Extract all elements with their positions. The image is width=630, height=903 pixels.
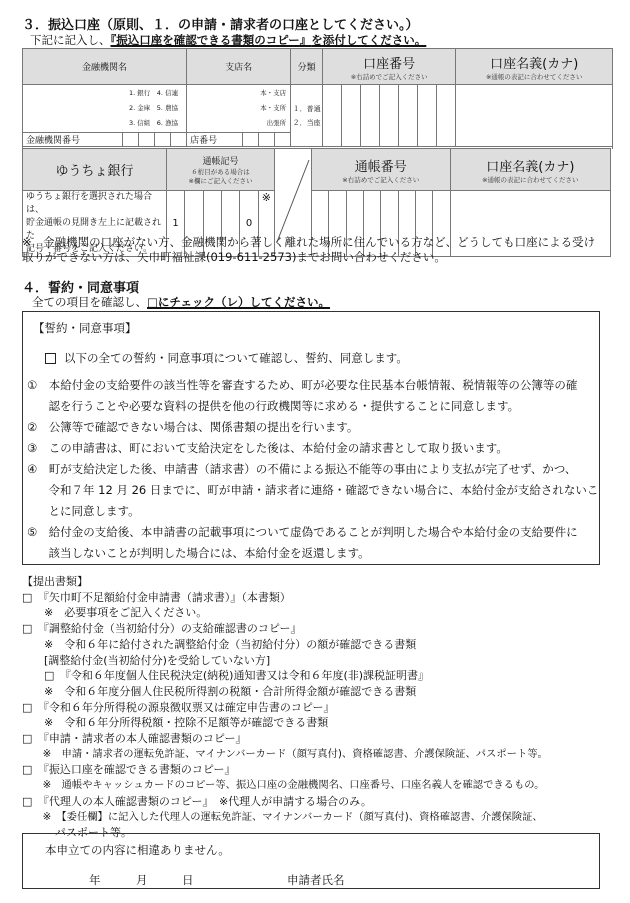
instruction-suffix: を添付してください。 [311,33,426,47]
header-institution: 金融機関名 [23,49,187,85]
declaration-box: 本申立ての内容に相違ありません。 年 月 日 申請者氏名 [22,833,600,889]
pledge-item-1a: ① 本給付金の支給要件の該当性等を審査するため、町が必要な住民基本台帳情報、税情… [27,375,598,396]
header-type: 分類 [291,49,323,85]
documents-title: 【提出書類】 [22,574,548,590]
month-label: 月 [136,872,148,888]
pledge-item-4b: 令和７年 12 月 26 日までに、町が申請・請求者に連絡・確認できない場合に、… [27,480,598,501]
agree-row: 以下の全ての誓約・同意事項について確認し、誓約、同意します。 [45,348,408,369]
account-name-label: 口座名義(カナ) [456,53,612,72]
number-header-label: 通帳番号 [312,156,450,175]
header-account-name: 口座名義(カナ) ※通帳の表記に合わせてください [456,49,613,85]
institution-code-digit-3[interactable] [155,133,171,147]
branch-type-1: 本・支店 [187,86,286,101]
institution-code-label: 金融機関番号 [23,133,123,147]
header-account-number: 口座番号 ※右詰めでご記入ください [323,49,456,85]
doc-line-2: ※ 必要事項をご記入ください。 [22,605,548,621]
pledge-item-4a: ④ 町が支給決定した後、申請書（請求書）の不備による振込不能等の事由により支払が… [27,459,598,480]
doc-line-7: ※ 令和６年度分個人住民税所得割の税額・合計所得金額が確認できる書類 [22,684,548,700]
branch-code-label: 店番号 [187,133,243,147]
header-branch: 支店名 [187,49,291,85]
bank-account-table: 金融機関名 支店名 分類 口座番号 ※右詰めでご記入ください 口座名義(カナ) … [22,48,613,147]
doc-line-6[interactable]: □ 『令和６年度個人住民税決定(納税)通知書又は令和６年度(非)課税証明書』 [22,668,548,684]
account-digit-6[interactable] [418,85,437,147]
instruction-underlined: 『振込口座を確認できる書類のコピー』 [111,33,312,47]
instruction-prefix: 下記に記入し、 [30,33,111,47]
account-type-field[interactable]: １．普通 ２．当座 [291,85,323,147]
account-digit-3[interactable] [361,85,380,147]
pledge-item-5b: 該当しないことが判明した場合には、本給付金を返還します。 [27,543,598,564]
branch-name-field[interactable]: 本・支店 本・支所 出張所 [187,85,291,133]
doc-line-10[interactable]: □ 『申請・請求者の本人確認書類のコピー』 [22,731,548,747]
pledge-item-3: ③ この申請書は、町において支給決定をした後は、本給付金の請求書として取り扱いま… [27,438,598,459]
account-digit-2[interactable] [342,85,361,147]
account-digit-4[interactable] [380,85,399,147]
account-digit-1[interactable] [323,85,342,147]
account-number-note: ※右詰めでご記入ください [323,72,455,81]
branch-type-3: 出張所 [187,116,286,131]
yucho-desc-line-1: ゆうちょ銀行を選択された場合は、 [26,191,166,217]
account-number-label: 口座番号 [323,53,455,72]
yucho-title: ゆうちょ銀行 [23,149,167,191]
pledge-item-4c: とに同意します。 [27,501,598,522]
account-type-ordinary: １．普通 [291,102,322,116]
doc-line-9: ※ 令和６年分所得税額・控除不足額等が確認できる書類 [22,715,548,731]
account-digit-7[interactable] [437,85,456,147]
pledge-item-2: ② 公簿等で確認できない場合は、関係書類の提出を行います。 [27,417,598,438]
section3-title: ３．振込口座（原則、１．の申請・請求者の口座としてください。） [22,14,419,33]
doc-line-15: ※ 【委任欄】に記入した代理人の運転免許証、マイナンバーカード（顔写真付)、資格… [22,810,548,826]
number-header-note: ※右詰めでご記入ください [312,175,450,184]
agree-label: 以下の全ての誓約・同意事項について確認し、誓約、同意します。 [64,351,408,365]
documents-section: 【提出書類】 □ 『矢巾町不足額給付金申請書（請求書）』（本書類） ※ 必要事項… [22,574,548,841]
branch-code-digit-2[interactable] [259,133,275,147]
institution-code-digit-2[interactable] [139,133,155,147]
account-type-current: ２．当座 [291,116,322,130]
declaration-statement: 本申立ての内容に相違ありません。 [45,842,230,858]
instruction-underlined: □にチェック（レ）してください。 [147,295,330,309]
section4-instruction: 全ての項目を確認し、□にチェック（レ）してください。 [32,294,330,310]
doc-line-11: ※ 申請・請求者の運転免許証、マイナンバーカード（顔写真付)、資格確認書、介護保… [22,747,548,763]
pledge-items: ① 本給付金の支給要件の該当性等を審査するため、町が必要な住民基本台帳情報、税情… [27,375,598,564]
branch-type-2: 本・支所 [187,101,286,116]
institution-name-field[interactable]: 1. 銀行 4. 信連 2. 金庫 5. 農協 3. 信組 6. 漁協 [23,85,187,133]
yucho-name-label: 口座名義(カナ) [451,156,610,175]
symbol-note-1: ６桁目がある場合は [167,167,274,176]
year-label: 年 [89,872,101,888]
doc-line-14[interactable]: □ 『代理人の本人確認書類のコピー』 ※代理人が申請する場合のみ。 [22,794,548,810]
doc-line-5: [調整給付金(当初給付分)を受給していない方] [22,653,548,669]
symbol-header-label: 通帳記号 [167,154,274,167]
institution-type-2: 2. 金庫 5. 農協 [23,101,178,116]
institution-type-3: 3. 信組 6. 漁協 [23,116,178,131]
pledge-item-1b: 認を行うことや必要な資料の提供を他の行政機関等に求める・提供することに同意します… [27,396,598,417]
applicant-name-label: 申請者氏名 [287,872,345,888]
doc-line-8[interactable]: □ 『令和６年分所得税の源泉徴収票又は確定申告書のコピー』 [22,700,548,716]
branch-code-digit-1[interactable] [243,133,259,147]
instruction-prefix: 全ての項目を確認し、 [32,295,147,309]
pledge-item-5a: ⑤ 給付金の支給後、本申請書の記載事項について虚偽であることが判明した場合や本給… [27,522,598,543]
branch-code-digit-3[interactable] [275,133,291,147]
yucho-number-header: 通帳番号 ※右詰めでご記入ください [311,149,450,191]
pledge-box-title: 【誓約・同意事項】 [33,318,137,339]
applicant-name-field[interactable] [353,864,583,884]
doc-line-12[interactable]: □ 『振込口座を確認できる書類のコピー』 [22,762,548,778]
yucho-name-note: ※通帳の表記に合わせてください [451,175,610,184]
symbol-note-2: ※欄にご記入ください [167,176,274,185]
yucho-symbol-header: 通帳記号 ６桁目がある場合は ※欄にご記入ください [166,149,274,191]
account-digit-5[interactable] [399,85,418,147]
diagonal-line-icon [275,158,311,244]
pledge-box: 【誓約・同意事項】 以下の全ての誓約・同意事項について確認し、誓約、同意します。… [22,311,600,565]
institution-code-digit-4[interactable] [171,133,187,147]
day-label: 日 [182,872,194,888]
account-name-field[interactable] [456,85,613,147]
footnote-line-2: 取りができない方は、矢巾町福祉課(019-611-2573)までお問い合わせくだ… [22,249,446,265]
institution-code-digit-1[interactable] [123,133,139,147]
agree-checkbox[interactable] [45,353,56,364]
doc-line-13: ※ 通帳やキャッシュカードのコピー等、振込口座の金融機関名、口座番号、口座名義人… [22,778,548,794]
footnote-line-1: ※ 金融機関の口座がない方、金融機関から著しく離れた場所に住んでいる方など、どう… [22,234,595,250]
doc-line-4: ※ 令和６年に給付された調整給付金（当初給付分）の額が確認できる書類 [22,637,548,653]
yucho-name-header: 口座名義(カナ) ※通帳の表記に合わせてください [450,149,610,191]
institution-type-1: 1. 銀行 4. 信連 [23,86,178,101]
section3-instruction: 下記に記入し、『振込口座を確認できる書類のコピー』を添付してください。 [30,32,426,48]
account-name-note: ※通帳の表記に合わせてください [456,72,612,81]
doc-line-1[interactable]: □ 『矢巾町不足額給付金申請書（請求書）』（本書類） [22,590,548,606]
doc-line-3[interactable]: □ 『調整給付金（当初給付分）の支給確認書のコピー』 [22,621,548,637]
